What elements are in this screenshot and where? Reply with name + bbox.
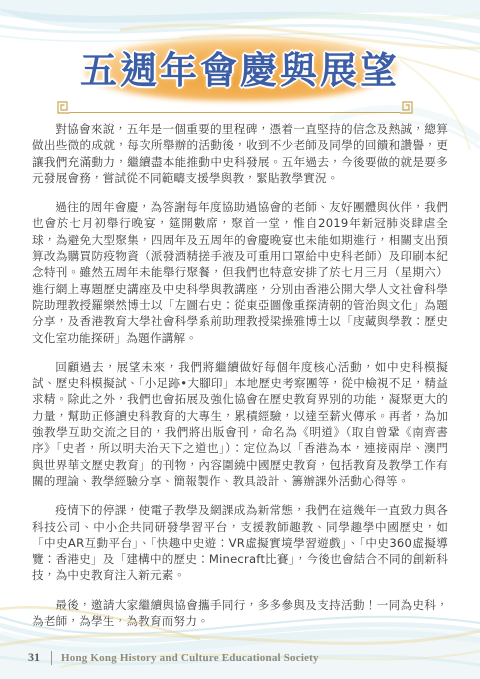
- page-title: 五週年會慶與展望: [80, 40, 400, 94]
- footer-divider: [51, 651, 52, 665]
- greek-key-corner-left-icon: [57, 101, 70, 114]
- page-footer: 31 Hong Kong History and Culture Educati…: [28, 650, 319, 665]
- paragraph-intro: 對協會來說，五年是一個重要的里程碑，憑着一直堅持的信念及熱誠，總算做出些微的成就…: [32, 121, 448, 186]
- society-name: Hong Kong History and Culture Educationa…: [61, 652, 319, 664]
- paragraph-elearning: 疫情下的停課，使電子教學及網課成為新常態，我們在這幾年一直致力與各科技公司、中小…: [32, 502, 448, 583]
- paragraph-anniversary: 過往的周年會慶，為答謝每年度協助過協會的老師、友好團體與伙伴，我們也會於七月初舉…: [32, 199, 448, 346]
- greek-key-corner-right-icon: [400, 101, 413, 114]
- ornament-border: [57, 98, 413, 114]
- paragraph-outlook: 回顧過去，展望未來，我們將繼續做好每個年度核心活動，如中史科模擬試、歷史科模擬試…: [32, 359, 448, 489]
- page-number: 31: [28, 650, 40, 665]
- ornament-line: [70, 112, 400, 113]
- paragraph-closing: 最後，邀請大家繼續與協會攜手同行，多多參與及支持活動！一同為史科，為老師，為學生…: [32, 597, 448, 630]
- document-page: 五週年會慶與展望 對協會來說，五年是一個重要的里程碑，憑着一直堅持的信念及熱誠，…: [0, 0, 480, 679]
- article-body: 對協會來說，五年是一個重要的里程碑，憑着一直堅持的信念及熱誠，總算做出些微的成就…: [32, 121, 448, 642]
